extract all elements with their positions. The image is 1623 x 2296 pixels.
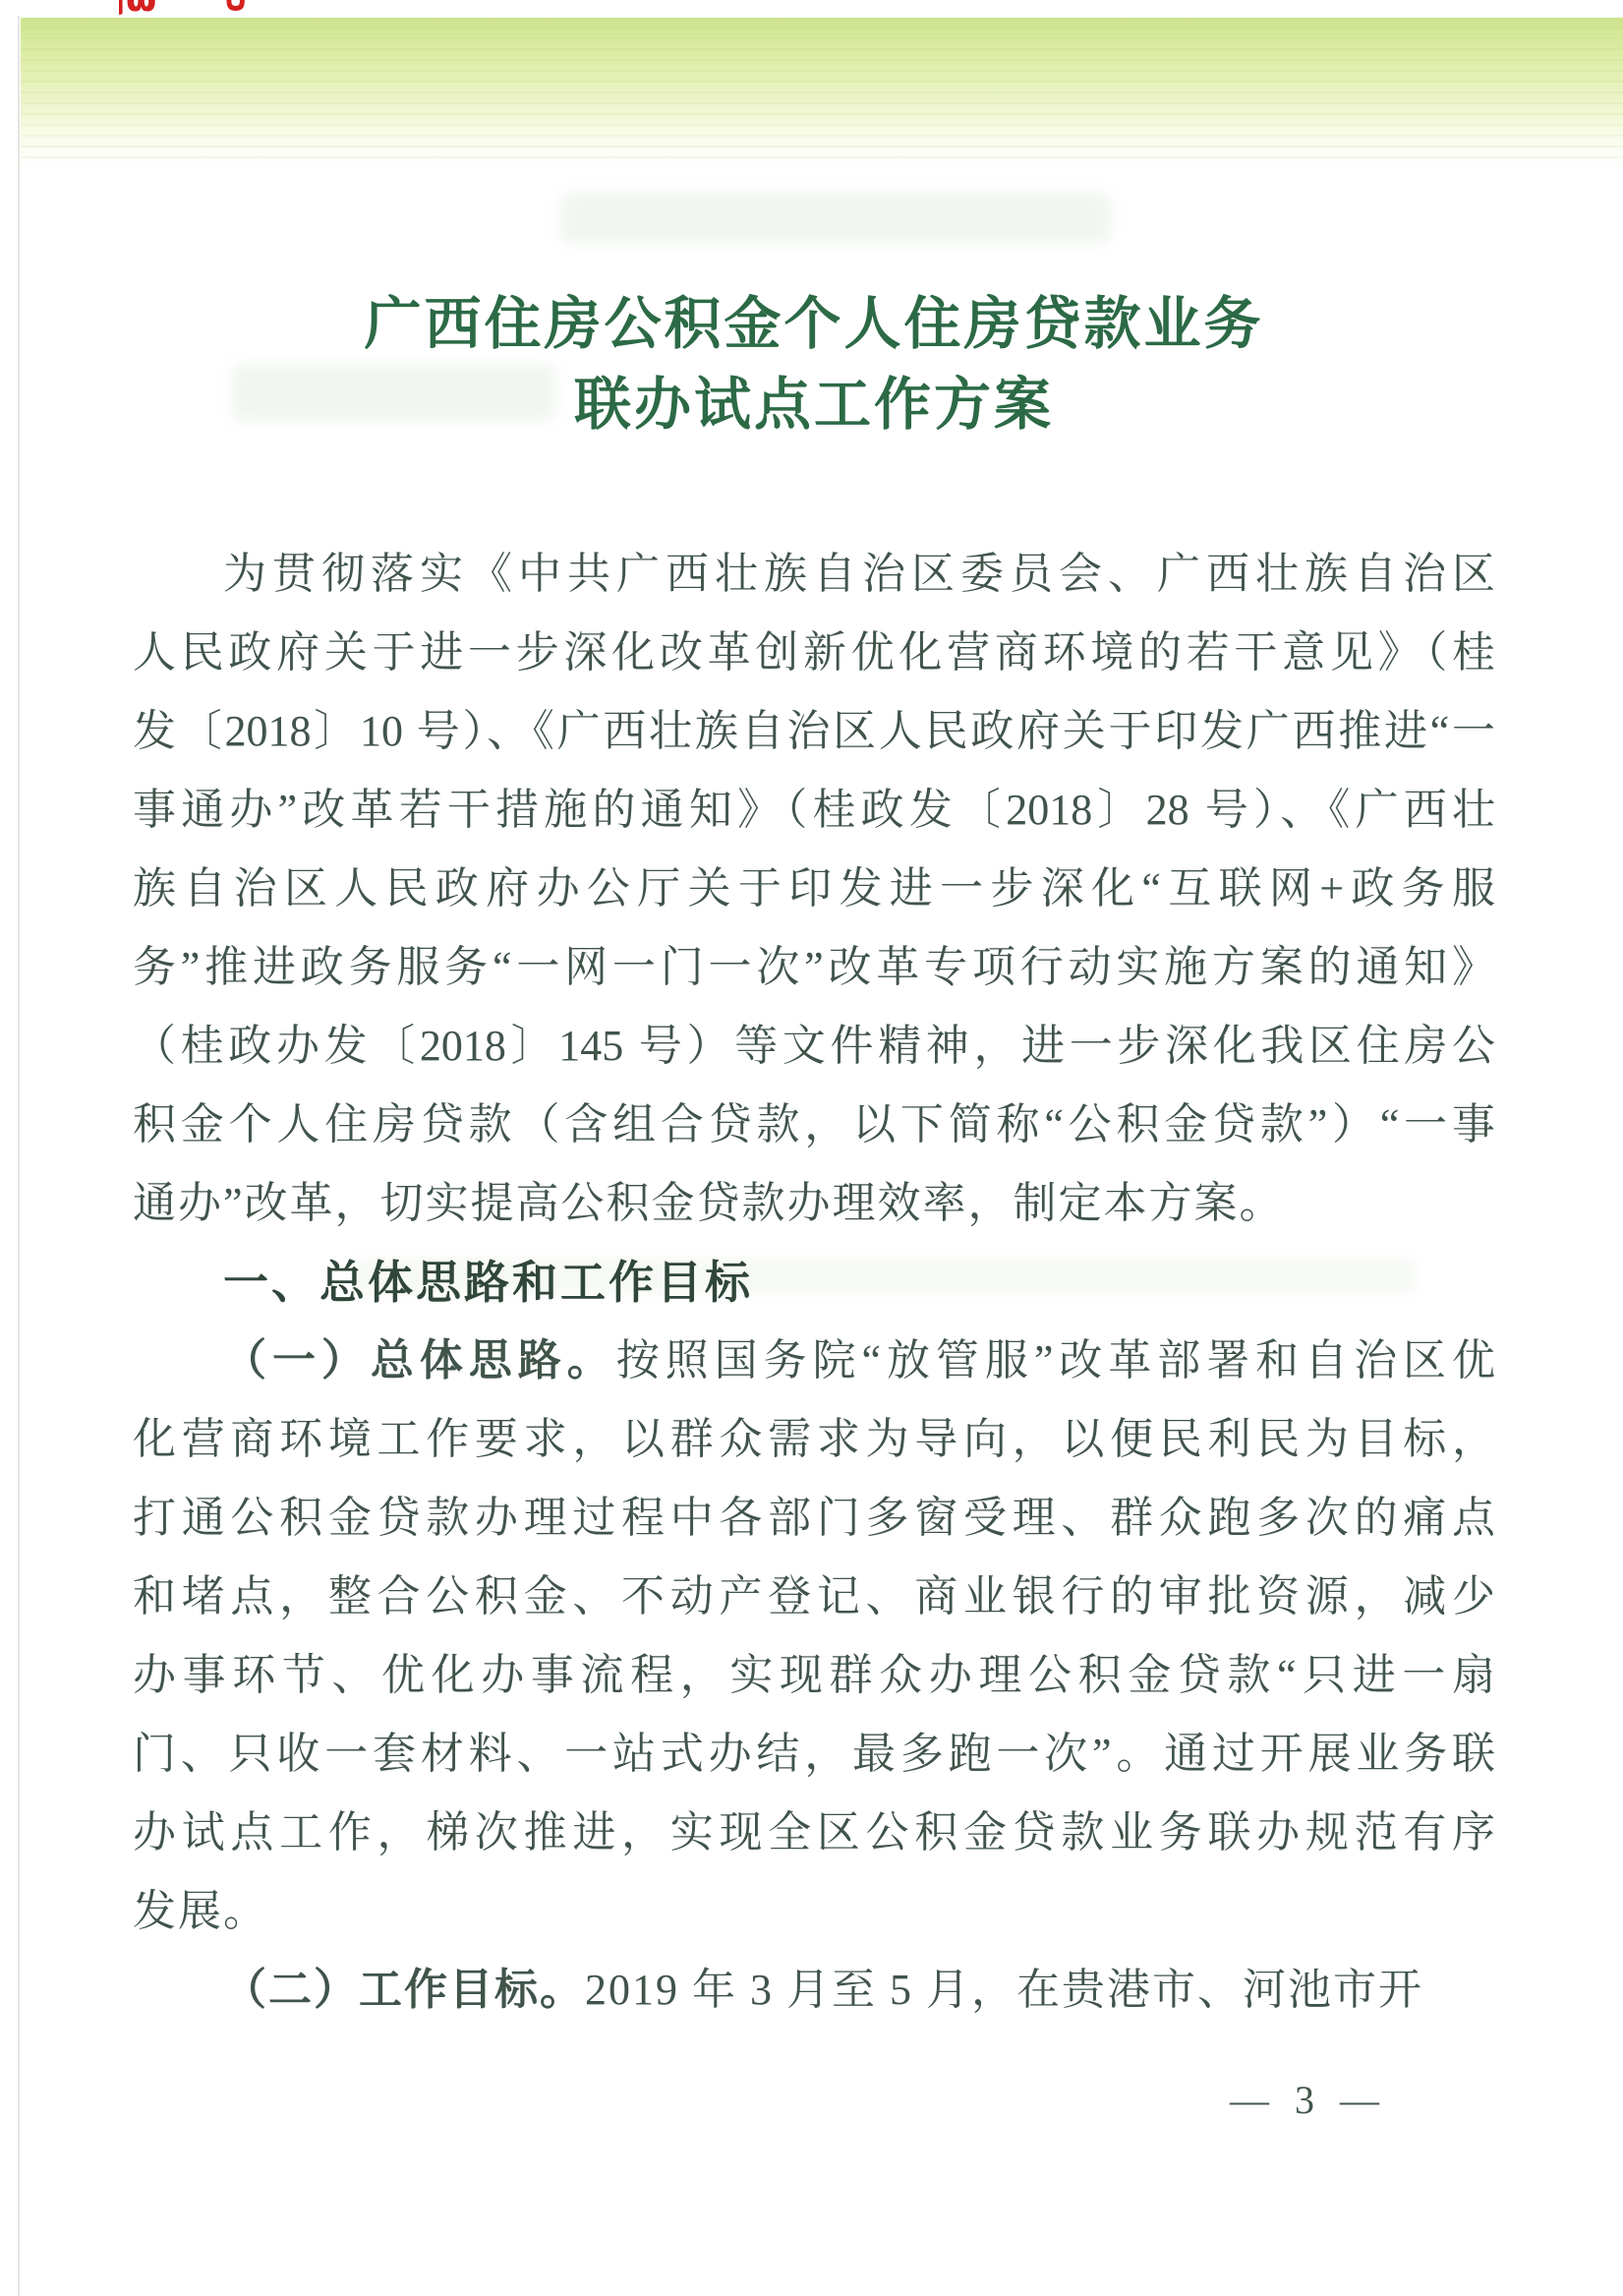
body-line: 门、只收一套材料、一站式办结，最多跑一次”。通过开展业务联 — [133, 1715, 1495, 1794]
subsection-lead: （二）工作目标。 — [223, 1966, 585, 2014]
red-fragment-omega-icon: ω — [126, 0, 156, 22]
band-scan-streaks — [21, 18, 1623, 165]
body-line: （一）总体思路。按照国务院“放管服”改革部署和自治区优 — [133, 1322, 1495, 1400]
body-line: 事通办”改革若干措施的通知》（桂政发〔2018〕28 号）、《广西壮 — [133, 771, 1495, 850]
section-heading: 一、总体思路和工作目标 — [133, 1243, 1495, 1322]
green-header-band — [21, 18, 1623, 165]
scanned-document-page: 丨 ω ∪ 广西住房公积金个人住房贷款业务 联办试点工作方案 为贯彻落实《中共广… — [0, 0, 1623, 2296]
body-line: 发展。 — [133, 1872, 1495, 1951]
body-line: （二）工作目标。2019 年 3 月至 5 月，在贵港市、河池市开 — [133, 1951, 1495, 2030]
body-line: 人民政府关于进一步深化改革创新优化营商环境的若干意见》（桂 — [133, 614, 1495, 692]
document-title-line2: 联办试点工作方案 — [133, 364, 1495, 444]
body-line-rest: 按照国务院“放管服”改革部署和自治区优 — [616, 1336, 1495, 1384]
body-line: （桂政办发〔2018〕145 号）等文件精神，进一步深化我区住房公 — [133, 1007, 1495, 1086]
body-line: 打通公积金贷款办理过程中各部门多窗受理、群众跑多次的痛点 — [133, 1479, 1495, 1558]
body-line: 积金个人住房贷款（含组合贷款，以下简称“公积金贷款”）“一事 — [133, 1086, 1495, 1164]
body-line: 为贯彻落实《中共广西壮族自治区委员会、广西壮族自治区 — [133, 535, 1495, 614]
subsection-lead: （一）总体思路。 — [223, 1336, 616, 1384]
body-line: 化营商环境工作要求，以群众需求为导向，以便民利民为目标， — [133, 1400, 1495, 1479]
body-line: 通办”改革，切实提高公积金贷款办理效率，制定本方案。 — [133, 1164, 1495, 1243]
body-line: 办试点工作，梯次推进，实现全区公积金贷款业务联办规范有序 — [133, 1794, 1495, 1872]
showthrough-ghost — [560, 193, 1111, 244]
body-line: 和堵点，整合公积金、不动产登记、商业银行的审批资源，减少 — [133, 1558, 1495, 1636]
body-line: 办事环节、优化办事流程，实现群众办理公积金贷款“只进一扇 — [133, 1636, 1495, 1715]
document-title: 广西住房公积金个人住房贷款业务 联办试点工作方案 — [133, 283, 1495, 444]
body-line: 族自治区人民政府办公厅关于印发进一步深化“互联网+政务服 — [133, 850, 1495, 928]
document-content: 广西住房公积金个人住房贷款业务 联办试点工作方案 为贯彻落实《中共广西壮族自治区… — [133, 283, 1495, 2030]
scan-edge-line — [18, 16, 20, 2296]
red-fragment-u-icon: ∪ — [221, 0, 250, 22]
document-title-line1: 广西住房公积金个人住房贷款业务 — [133, 283, 1495, 364]
body-line: 发〔2018〕10 号）、《广西壮族自治区人民政府关于印发广西推进“一 — [133, 692, 1495, 771]
body-line: 务”推进政务服务“一网一门一次”改革专项行动实施方案的通知》 — [133, 928, 1495, 1007]
page-number: — 3 — — [1230, 2077, 1387, 2124]
body-line-rest: 2019 年 3 月至 5 月，在贵港市、河池市开 — [585, 1966, 1423, 2014]
